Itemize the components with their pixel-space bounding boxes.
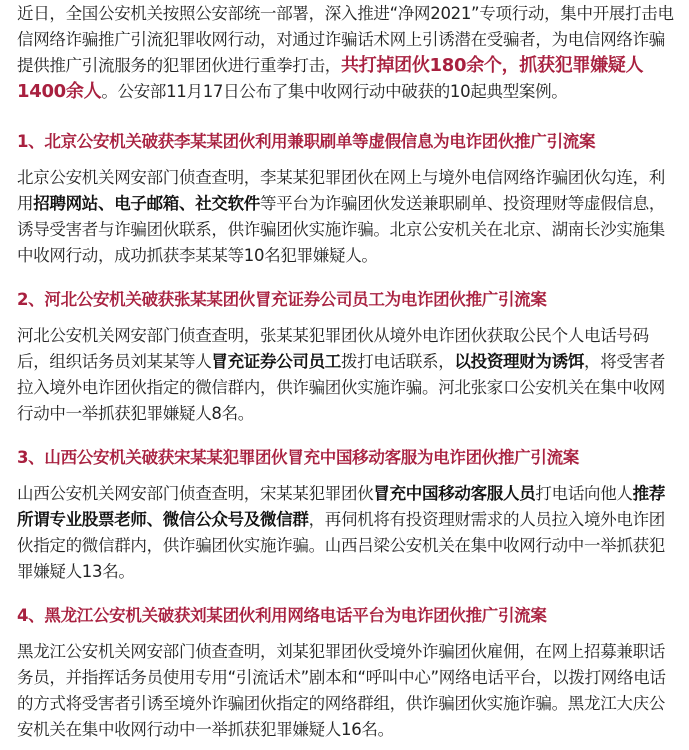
case-1: 1、北京公安机关破获李某某团伙利用兼职刷单等虚假信息为电诈团伙推广引流案 北京公… xyxy=(17,129,677,269)
article: 近日，全国公安机关按照公安部统一部署，深入推进“净网2021”专项行动，集中开展… xyxy=(0,0,689,743)
case-3-title: 3、山西公安机关破获宋某某犯罪团伙冒充中国移动客服为电诈团伙推广引流案 xyxy=(17,445,677,471)
intro-paragraph: 近日，全国公安机关按照公安部统一部署，深入推进“净网2021”专项行动，集中开展… xyxy=(17,0,677,105)
case-1-title: 1、北京公安机关破获李某某团伙利用兼职刷单等虚假信息为电诈团伙推广引流案 xyxy=(17,129,677,155)
case-2: 2、河北公安机关破获张某某团伙冒充证券公司员工为电诈团伙推广引流案 河北公安机关… xyxy=(17,287,677,427)
case-2-bold: 冒充证券公司员工 xyxy=(211,352,341,371)
case-2-bold: 以投资理财为诱饵 xyxy=(454,352,584,371)
case-4: 4、黑龙江公安机关破获刘某团伙利用网络电话平台为电诈团伙推广引流案 黑龙江公安机… xyxy=(17,603,677,743)
case-1-bold: 招聘网站、电子邮箱、社交软件 xyxy=(33,194,260,213)
case-4-body: 黑龙江公安机关网安部门侦查查明，刘某犯罪团伙受境外诈骗团伙雇佣，在网上招募兼职话… xyxy=(17,639,677,743)
case-3-bold: 冒充中国移动客服人员 xyxy=(373,484,535,503)
case-3-body: 山西公安机关网安部门侦查查明，宋某某犯罪团伙冒充中国移动客服人员打电话向他人推荐… xyxy=(17,481,677,585)
case-3-text: 山西公安机关网安部门侦查查明，宋某某犯罪团伙 xyxy=(17,484,373,503)
case-4-text: 黑龙江公安机关网安部门侦查查明，刘某犯罪团伙受境外诈骗团伙雇佣，在网上招募兼职话… xyxy=(17,642,666,739)
case-1-body: 北京公安机关网安部门侦查查明，李某某犯罪团伙在网上与境外电信网络诈骗团伙勾连，利… xyxy=(17,165,677,269)
case-2-text: 拨打电话联系， xyxy=(341,352,454,371)
case-2-body: 河北公安机关网安部门侦查查明，张某某犯罪团伙从境外电诈团伙获取公民个人电话号码后… xyxy=(17,323,677,427)
case-3: 3、山西公安机关破获宋某某犯罪团伙冒充中国移动客服为电诈团伙推广引流案 山西公安… xyxy=(17,445,677,585)
case-4-title: 4、黑龙江公安机关破获刘某团伙利用网络电话平台为电诈团伙推广引流案 xyxy=(17,603,677,629)
intro-text-2: 。公安部11月17日公布了集中收网行动中破获的10起典型案例。 xyxy=(101,82,567,101)
case-2-title: 2、河北公安机关破获张某某团伙冒充证券公司员工为电诈团伙推广引流案 xyxy=(17,287,677,313)
case-3-text: 打电话向他人 xyxy=(535,484,632,503)
